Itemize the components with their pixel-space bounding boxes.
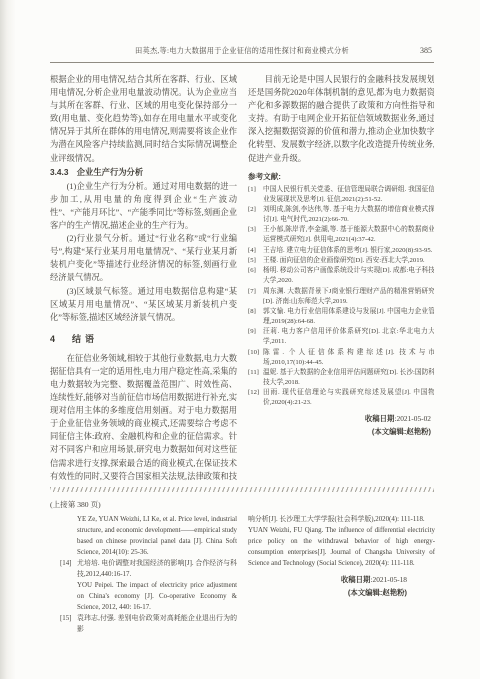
- appendix-left-column: YE Ze, YUAN Weizhi, LI Ke, et al. Price …: [50, 514, 237, 635]
- appendix-columns: YE Ze, YUAN Weizhi, LI Ke, et al. Price …: [50, 514, 434, 635]
- appendix-entry-number: [60, 580, 77, 613]
- appendix-entry-text: 响分析[J]. 长沙理工大学学报(社会科学版),2020(4): 111-118…: [248, 514, 435, 525]
- reference-number: [6]: [248, 266, 263, 286]
- paragraph-production-1: (1)企业生产行为分析。通过对用电数据的进一步加工,从用电量的角度得到企业“生产…: [50, 180, 237, 232]
- reference-item: [1] 中国人民银行机关党委、征信管理局联合调研组. 我国征信业发展现状及思考[…: [248, 185, 434, 205]
- editor-note-value: :赵艳粉): [404, 427, 431, 436]
- reference-text: 刘明成,陈剑,李达伟,等. 基于电力大数据的增信商业模式探讨[J]. 电气时代,…: [263, 205, 434, 225]
- reference-text: 郭文愉. 电力行业信用体系建设与发展[J]. 中国电力企业管理,2019(28)…: [263, 307, 434, 327]
- page-number: 385: [420, 46, 432, 55]
- editor-note-label: (本文编辑: [372, 427, 404, 436]
- reference-text: 王楼. 面向征信的企业画像研究[D]. 西安:西北大学,2019.: [263, 256, 434, 266]
- reference-number: [1]: [248, 185, 263, 205]
- reference-item: [11] 温妮. 基于大数据的企业信用评估问题研究[D]. 长沙:国防科技大学,…: [248, 368, 434, 388]
- reference-item: [3] 王小郁,陈岸青,李金湖,等. 基于能源大数据中心的数据商业运营模式研究[…: [248, 225, 434, 245]
- reference-item: [6] 杨明. 移动公司客户画像系统设计与实现[D]. 成都:电子科技大学,20…: [248, 266, 434, 286]
- appendix-entry-number: [15]: [60, 613, 77, 635]
- reference-number: [3]: [248, 225, 263, 245]
- reference-number: [12]: [248, 388, 263, 408]
- appendix-right-column: 响分析[J]. 长沙理工大学学报(社会科学版),2020(4): 111-118…: [248, 514, 435, 635]
- right-column: 目前无论是中国人民银行的金融科技发展规划还是国务院2020年体制机制的意见,都为…: [248, 73, 434, 481]
- received-date-block: 收稿日期:2021-05-02 (本文编辑:赵艳粉): [248, 413, 434, 438]
- received-date-label: 收稿日期: [365, 414, 395, 423]
- reference-text: 汪莉. 电力客户信用评价体系研究[D]. 北京:华北电力大学,2011.: [263, 327, 434, 347]
- received-date-label: 收稿日期: [341, 575, 371, 584]
- reference-number: [5]: [248, 256, 263, 266]
- running-head: 田英杰,等:电力大数据用于企业征信的适用性探讨和商业模式分析 385: [50, 46, 434, 58]
- reference-item: [2] 刘明成,陈剑,李达伟,等. 基于电力大数据的增信商业模式探讨[J]. 电…: [248, 205, 434, 225]
- appendix-entry: [15] 袁玮志,付强. 差别电价政策对高耗能企业退出行为的影: [60, 613, 237, 635]
- reference-text: 温妮. 基于大数据的企业信用评估问题研究[D]. 长沙:国防科技大学,2018.: [263, 368, 434, 388]
- received-date-value: :2021-05-02: [394, 414, 431, 423]
- header-rule: [50, 62, 434, 63]
- left-column: 根据企业的用电情况,结合其所在客群、行业、区域用电情况,分析企业用电量波动情况。…: [50, 73, 237, 481]
- reference-item: [4] 王吉培. 建立电力征信体系的思考[J]. 银行家,2020(8):93-…: [248, 246, 434, 256]
- received-date-line: 收稿日期:2021-05-18: [248, 573, 407, 586]
- reference-text: 王吉培. 建立电力征信体系的思考[J]. 银行家,2020(8):93-95.: [263, 246, 434, 256]
- reference-number: [9]: [248, 327, 263, 347]
- section-heading-conclusion: 4 结语: [50, 332, 237, 345]
- reference-number: [8]: [248, 307, 263, 327]
- paragraph-region-3: (3)区域景气标签。通过用电数据信息构建“某区域某月用电量情况”、“某区域某月新…: [50, 285, 237, 324]
- appendix-entry: YOU Peipei. The impact of electricity pr…: [60, 580, 237, 613]
- editor-note-value: :赵艳粉): [380, 588, 407, 597]
- section-heading-3-4-3: 3.4.3 企业生产行为分析: [50, 166, 237, 179]
- reference-item: [10] 陈雷. 个人征信体系构建综述[J]. 技术与市场,2010,17(10…: [248, 348, 434, 368]
- paragraph-conclusion: 在征信业务领域,相较于其他行业数据,电力大数据征信具有一定的适用性,电力用户稳定…: [50, 352, 237, 481]
- paragraph-policy: 目前无论是中国人民银行的金融科技发展规划还是国务院2020年体制机制的意见,都为…: [248, 73, 434, 165]
- references-list: [1] 中国人民银行机关党委、征信管理局联合调研组. 我国征信业发展现状及思考[…: [248, 185, 434, 408]
- main-content: 根据企业的用电情况,结合其所在客群、行业、区域用电情况,分析企业用电量波动情况。…: [50, 73, 434, 481]
- journal-page: 田英杰,等:电力大数据用于企业征信的适用性探讨和商业模式分析 385 根据企业的…: [0, 0, 480, 679]
- references-heading: 参考文献:: [248, 171, 434, 182]
- reference-number: [2]: [248, 205, 263, 225]
- continued-from-note: (上接第 380 页): [50, 499, 434, 510]
- reference-text: 陈雷. 个人征信体系构建综述[J]. 技术与市场,2010,17(10):44-…: [263, 348, 434, 368]
- appendix-entry: YE Ze, YUAN Weizhi, LI Ke, et al. Price …: [60, 514, 237, 558]
- paragraph-continuation: 根据企业的用电情况,结合其所在客群、行业、区域用电情况,分析企业用电量波动情况。…: [50, 73, 237, 165]
- appendix-entry-number: [14]: [60, 558, 77, 580]
- received-date-line: 收稿日期:2021-05-02: [248, 413, 431, 426]
- reference-text: 王小郁,陈岸青,李金湖,等. 基于能源大数据中心的数据商业运营模式研究[J]. …: [263, 225, 434, 245]
- reference-number: [10]: [248, 348, 263, 368]
- appendix-entry-text: YE Ze, YUAN Weizhi, LI Ke, et al. Price …: [77, 514, 237, 558]
- reference-item: [12] 田雨. 现代征信理论与实践研究综述及展望[J]. 中国物价,2020(…: [248, 388, 434, 408]
- appendix-entry-text: YUAN Weizhi, FU Qiang. The influence of …: [248, 525, 435, 569]
- reference-text: 杨明. 移动公司客户画像系统设计与实现[D]. 成都:电子科技大学,2020.: [263, 266, 434, 286]
- editor-note-label: (本文编辑: [348, 588, 380, 597]
- editor-note-line: (本文编辑:赵艳粉): [248, 586, 407, 599]
- appendix-entry-text: 袁玮志,付强. 差别电价政策对高耗能企业退出行为的影: [77, 613, 237, 635]
- received-date-block: 收稿日期:2021-05-18 (本文编辑:赵艳粉): [248, 573, 435, 599]
- appendix-entry-text: YOU Peipei. The impact of electricity pr…: [77, 580, 237, 613]
- reference-text: 田雨. 现代征信理论与实践研究综述及展望[J]. 中国物价,2020(4):21…: [263, 388, 434, 408]
- received-date-value: :2021-05-18: [370, 575, 407, 584]
- reference-number: [4]: [248, 246, 263, 256]
- paragraph-industry-2: (2)行业景气分析。通过“行业名称”或“行业编号”,构建“某行业某月用电量情况”…: [50, 232, 237, 284]
- reference-item: [9] 汪莉. 电力客户信用评价体系研究[D]. 北京:华北电力大学,2011.: [248, 327, 434, 347]
- editor-note-line: (本文编辑:赵艳粉): [248, 426, 431, 439]
- reference-text: 中国人民银行机关党委、征信管理局联合调研组. 我国征信业发展现状及思考[J]. …: [263, 185, 434, 205]
- reference-item: [8] 郭文愉. 电力行业信用体系建设与发展[J]. 中国电力企业管理,2019…: [248, 307, 434, 327]
- reference-number: [7]: [248, 287, 263, 307]
- running-title: 田英杰,等:电力大数据用于企业征信的适用性探讨和商业模式分析: [50, 46, 434, 56]
- appendix-entry-text: 尤培培. 电价调整对我国经济的影响[J]. 合作经济与科技,2012,440:1…: [77, 558, 237, 580]
- reference-number: [11]: [248, 368, 263, 388]
- ornamental-divider: [50, 487, 434, 492]
- reference-item: [5] 王楼. 面向征信的企业画像研究[D]. 西安:西北大学,2019.: [248, 256, 434, 266]
- reference-text: 周东渊. 大数据背景下J商业银行理财产品的精准营销研究[D]. 济南:山东师范大…: [263, 287, 434, 307]
- appendix-entry-number: [60, 514, 77, 558]
- reference-item: [7] 周东渊. 大数据背景下J商业银行理财产品的精准营销研究[D]. 济南:山…: [248, 287, 434, 307]
- continued-references-section: (上接第 380 页) YE Ze, YUAN Weizhi, LI Ke, e…: [50, 499, 434, 635]
- appendix-entry: [14] 尤培培. 电价调整对我国经济的影响[J]. 合作经济与科技,2012,…: [60, 558, 237, 580]
